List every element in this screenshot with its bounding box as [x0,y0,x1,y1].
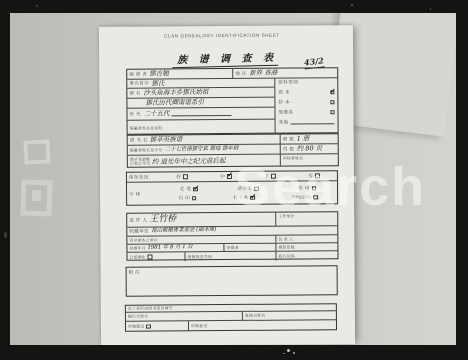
field-label: 拍摄年月 [129,245,145,251]
option-label: 打字本 [233,195,248,201]
option-label: 好 [176,174,181,180]
field-label: 编纂者姓名及官衔 [130,125,163,131]
dust-speck [351,4,353,6]
field-remarks: 附 注 [127,266,337,277]
option-microfilm: 缩微卷 [278,107,334,117]
checkmark-icon: ✓ [227,170,233,179]
form-title: 族 谱 调 查 表 [157,49,293,68]
option-label: 石 印 [179,195,191,201]
field-page-count: 页 数 约 80 页 [280,144,338,153]
checkmark-icon: ✓ [193,183,199,192]
field-negative-number: 底片号码 [275,251,337,260]
section-library-use-table: 以下各栏由图书馆员填写 编目员姓名 复核员姓名 审核通过 审核意见 [125,303,337,331]
field-work-unit: 工作单位 [275,212,337,225]
scanned-document-viewport: CLAN GENEALOGY IDENTIFICATION SHEET 族 谱 … [0,0,468,360]
field-value-handwritten: 二十七世孫鄧守真 鄧瑞 鄧年炳 [164,146,238,153]
field-compilers: 编纂者姓名及字号 二十七世孫鄧守真 鄧瑞 鄧年炳 [128,145,278,155]
field-value-handwritten: 王竹桥 [149,215,176,224]
field-reel-number: 缩微胶卷号码 [184,252,273,262]
field-value-handwritten: 1981 年 8 月 1 日 [148,245,193,251]
field-label: 审校者姓名 [283,155,303,161]
option-original: 原 本 ✓ [278,87,334,97]
field-value-handwritten: 新界 香港 [249,70,277,77]
section-remarks-box: 附 注 [126,265,338,296]
option-condition-fair: 中✓ [220,173,231,179]
field-label: 拍摄者 [226,244,238,250]
field-checker: 复核员姓名 [242,311,336,320]
field-generations: 世 代 二十五代 [127,108,274,121]
option-label: 其他 [279,120,289,126]
option-other: 其他 [279,117,335,127]
section-identity-table: 编 谱 者 鄧吉翘 地 区 新界 香港 谱名首字 鄧氏 谱 名 沙头角海丰乡 [126,67,338,134]
field-label: 编 谱 者 [129,71,147,77]
checkbox-lithograph [192,196,197,201]
checkbox-brush: ✓ [193,187,198,192]
option-label: 其他(注明) [292,194,311,200]
option-typed: 打字本✓ [233,195,254,201]
option-label: 下 [264,173,269,179]
checkbox-microfilmed [148,255,153,260]
field-label: 册 数 [283,136,295,142]
option-condition-poor: 下 [264,173,275,179]
field-compiler-names: 编纂者姓名及官衔 [128,120,275,134]
field-label: 审核通过 [128,324,144,330]
option-other-script: 其他(注明) [292,194,318,200]
option-label: 劣 [308,173,313,179]
scan-frame-left [0,0,10,360]
option-copy: 抄 本 [278,97,334,107]
section-submission-table: 送 件 人 王竹桥 工作单位 收藏单位 崑山椒榭專業基金 (副本庫) 寄存副本之… [126,211,338,260]
field-region: 地 区 新界 香港 [232,68,337,78]
option-label: 中 [220,174,225,180]
field-label: 保存状况 [129,174,159,180]
field-value-handwritten: 鄧萃英族谱 [150,136,183,143]
dust-speck [287,349,290,352]
checkbox-photocopy [312,186,317,191]
option-label: 毛 笔 [180,186,192,192]
field-microfilmed: 已缩微化 [127,252,182,261]
field-frame-count: 摄影张数 [275,243,337,250]
field-value-handwritten: 沙头角海丰乡鄧氏始祖 [143,89,208,97]
field-script-type: 字 体 毛 笔✓ 活字本 影 印 石 印 打字本✓ 其他(注明) [127,181,337,205]
field-label: 世 代 [129,111,141,117]
field-submitter: 送 件 人 王竹桥 [127,213,273,227]
field-photographer: 拍摄者 [223,244,273,251]
field-label: 底片号码 [278,253,294,259]
dust-speck [4,232,7,238]
option-lithograph: 石 印 [179,195,197,201]
option-condition-bad: 劣 [308,173,319,179]
field-label: 编目员姓名 [128,314,148,320]
field-label: 编纂者姓名及字号 [130,147,163,153]
dust-speck [36,5,38,7]
checkbox-fair: ✓ [227,174,232,179]
field-label: 已缩微化 [129,254,145,260]
form-title-text: 族 谱 调 查 表 [172,49,278,69]
option-brush: 毛 笔✓ [180,186,198,192]
field-reviewer: 审校者姓名 [280,154,338,166]
genealogy-form-sheet: CLAN GENEALOGY IDENTIFICATION SHEET 族 谱 … [99,25,355,346]
option-label: 抄 本 [278,100,290,106]
checkbox-approved [146,324,151,329]
option-photocopy: 影 印 [298,185,316,191]
field-book-title: 谱 书 名 鄧萃英族谱 [128,135,278,145]
field-label: 地 区 [235,70,247,76]
option-label: 原 本 [278,90,290,96]
checkbox-poor [271,174,276,179]
field-label: 摄影张数 [278,244,294,250]
sheet-printed-header: CLAN GENEALOGY IDENTIFICATION SHEET [99,32,345,39]
field-compiler: 编 谱 者 鄧吉翘 [127,69,230,79]
dust-speck [293,352,295,354]
field-label: 附 注 [129,270,141,276]
field-value-handwritten: 1 册 [296,136,309,143]
option-label: 缩微卷 [278,110,293,116]
section-condition-table: 保存状况 好 中✓ 下 劣 字 体 毛 笔✓ 活字本 影 印 [126,170,338,205]
material-type-box: 资料类别 原 本 ✓ 抄 本 缩微卷 其他 [275,78,337,133]
field-label: 收藏单位 [129,229,149,235]
checkbox-copy [330,100,335,105]
option-condition-good: 好 [176,174,187,180]
field-value-handwritten: 约 道光年中之纪元前后起 [152,157,226,165]
field-person-in-charge: 负 责 人 [275,235,337,242]
field-value-handwritten: 崑山椒榭專業基金 (副本庫) [151,228,216,235]
scan-frame-top [0,0,468,13]
field-label: 谱名首字 [129,81,149,87]
field-label: 以下各栏由图书馆员填写 [128,305,173,311]
checkbox-microfilm [330,110,335,115]
field-label: 字 体 [129,191,159,197]
checkbox-other-script [313,195,318,200]
field-label: 记事之年代 [130,162,150,166]
checkbox-original: ✓ [330,90,335,95]
checkmark-icon: ✓ [330,86,336,95]
field-label: 寄存副本之单位 [129,237,158,243]
field-value-handwritten: 鄧吉翘 [149,71,169,78]
field-label: 谱 书 名 [130,137,148,143]
field-label: 缩微胶卷号码 [187,254,212,260]
scan-frame-bottom [0,345,468,360]
field-volume-count: 册 数 1 册 [280,134,338,143]
checkbox-typed: ✓ [250,196,255,201]
option-label: 影 印 [298,185,310,191]
field-label: 送 件 人 [129,217,147,223]
scan-frame-right [456,0,468,360]
field-label: 审核意见 [191,323,207,329]
field-label: 谱 名 [129,90,141,96]
field-filming-date: 拍摄年月 1981 年 8 月 1 日 [127,244,221,252]
field-approved: 审核通过 [126,321,186,331]
dust-speck [283,353,285,354]
field-label: 负 责 人 [278,236,293,242]
section-volume-table: 谱 书 名 鄧萃英族谱 册 数 1 册 编纂者姓名及字号 二十七世孫鄧守真 鄧瑞… [127,133,339,167]
field-duplicate-deposit: 寄存副本之单位 [127,236,273,244]
field-label: 页 数 [283,146,295,152]
checkbox-movable-type [254,187,259,192]
field-value-handwritten: 约 80 页 [296,145,322,152]
dust-speck [430,8,431,10]
checkbox-good [183,175,188,180]
field-label: 工作单位 [278,214,294,220]
field-value-handwritten: 鄧氏历代卿南谱系引 [145,99,204,107]
field-value-handwritten: 二十五代 [143,111,169,118]
checkmark-icon: ✓ [250,192,256,201]
field-label: 复核员姓名 [245,313,265,319]
field-cataloger: 编目员姓名 [126,312,240,321]
field-value-handwritten: 鄧氏 [151,80,164,87]
field-era-range: 最早及最晚 记事之年代 约 道光年中之纪元前后起 [128,155,278,168]
field-review-comments: 审核意见 [188,320,336,331]
checkbox-bad [315,174,320,179]
